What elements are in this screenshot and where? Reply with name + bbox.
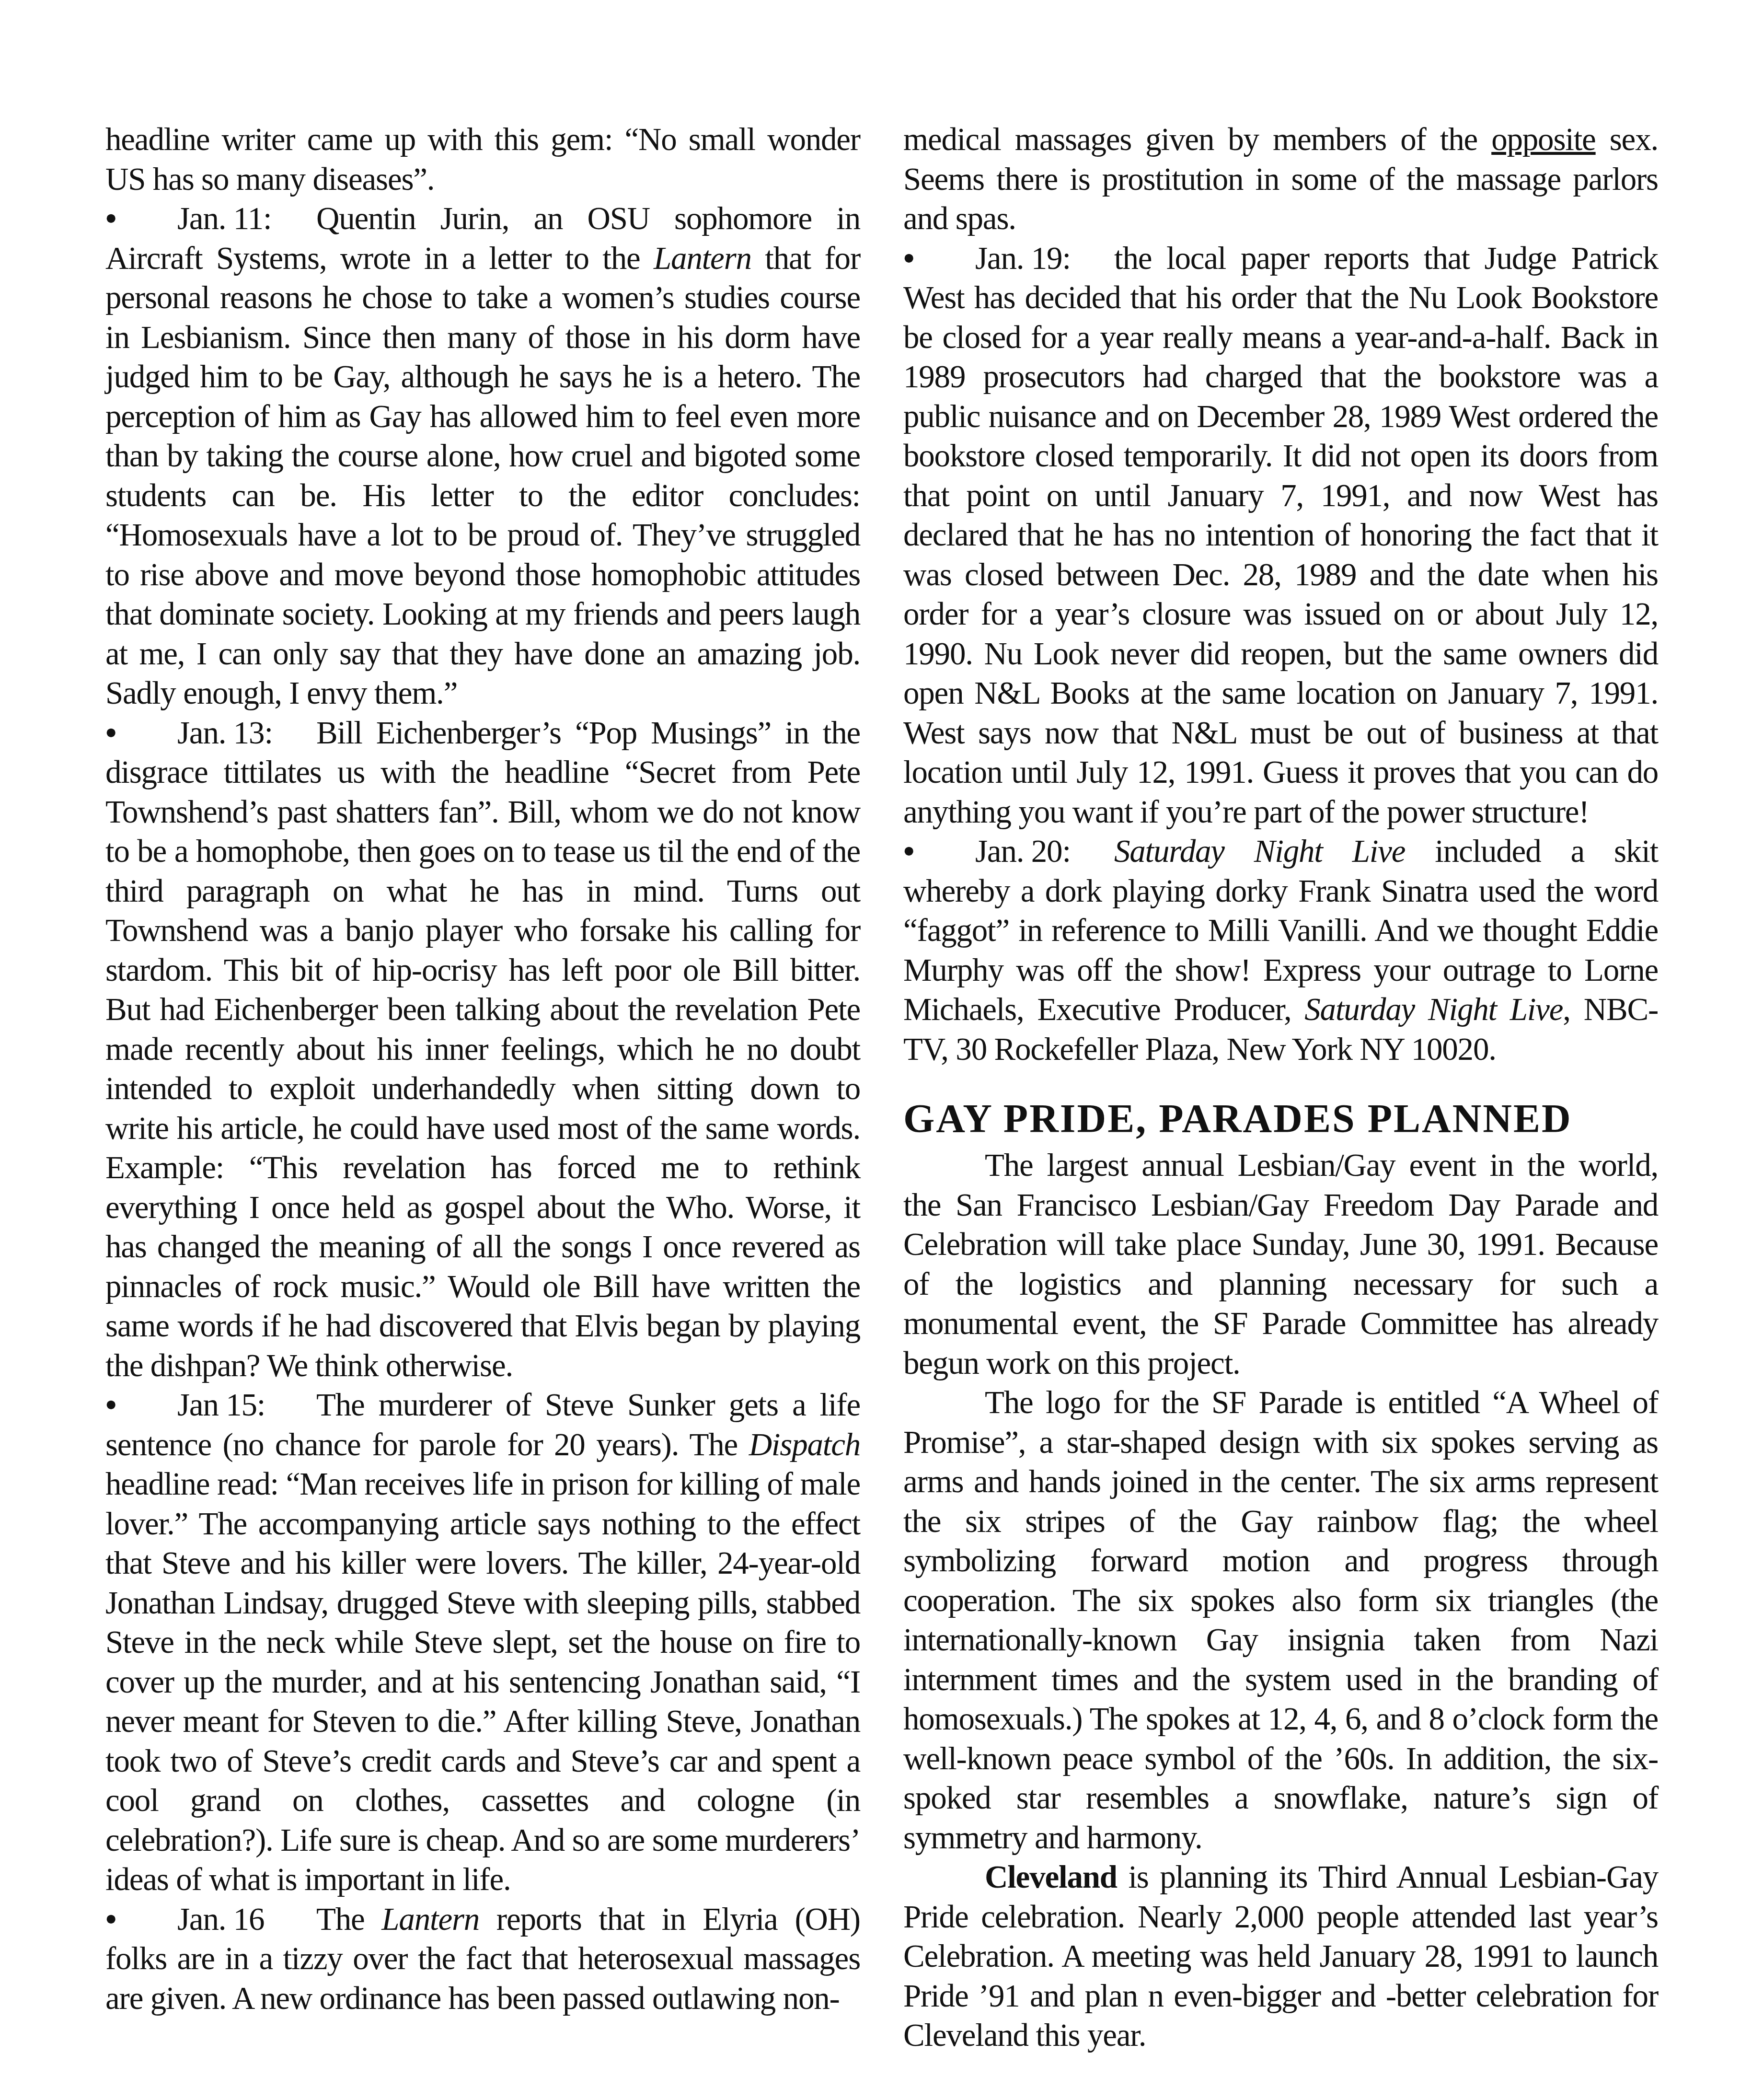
left-column: headline writer came up with this gem: “… — [105, 120, 860, 2013]
entry-jan-20: •Jan. 20:Saturday Night Live included a … — [903, 832, 1658, 1069]
entry-jan-15: •Jan 15:The murderer of Steve Sunker get… — [105, 1385, 860, 1900]
bullet-icon: • — [105, 713, 177, 753]
publication-name: Dispatch — [749, 1427, 860, 1462]
entry-text: that for personal reasons he chose to ta… — [105, 241, 860, 711]
bullet-icon: • — [105, 199, 177, 239]
text: medical massages given by members of the — [903, 122, 1491, 157]
entry-text: The — [316, 1902, 381, 1937]
city-name: Cleveland — [985, 1859, 1117, 1895]
bullet-icon: • — [903, 239, 975, 278]
bullet-icon: • — [903, 832, 975, 871]
bullet-icon: • — [105, 1900, 177, 1939]
entry-jan-13: •Jan. 13:Bill Eichenberger’s “Pop Musing… — [105, 713, 860, 1386]
entry-date: Jan. 16 — [177, 1900, 316, 1939]
publication-name: Lantern — [381, 1902, 479, 1937]
entry-text: headline read: “Man receives life in pri… — [105, 1466, 860, 1897]
entry-date: Jan. 19: — [975, 239, 1114, 278]
continued-paragraph: headline writer came up with this gem: “… — [105, 120, 860, 199]
section-headline: GAY PRIDE, PARADES PLANNED — [903, 1095, 1658, 1143]
entry-jan-11: •Jan. 11:Quentin Jurin, an OSU sophomore… — [105, 199, 860, 713]
entry-date: Jan. 20: — [975, 832, 1114, 871]
continued-paragraph: medical massages given by members of the… — [903, 120, 1658, 239]
publication-name: Lantern — [654, 241, 751, 276]
show-name: Saturday Night Live — [1304, 992, 1563, 1027]
newsletter-page: headline writer came up with this gem: “… — [105, 120, 1658, 2013]
entry-date: Jan. 11: — [177, 199, 316, 239]
entry-date: Jan 15: — [177, 1385, 316, 1425]
entry-jan-19: •Jan. 19:the local paper reports that Ju… — [903, 239, 1658, 832]
entry-text: Bill Eichenberger’s “Pop Musings” in the… — [105, 715, 860, 1383]
entry-jan-16: •Jan. 16The Lantern reports that in Elyr… — [105, 1900, 860, 2019]
right-column: medical massages given by members of the… — [903, 120, 1658, 2013]
entry-text: the local paper reports that Judge Patri… — [903, 241, 1658, 830]
wheel-of-promise-paragraph: The logo for the SF Parade is entitled “… — [903, 1383, 1658, 1857]
underlined-word: opposite — [1491, 122, 1595, 157]
sf-parade-paragraph: The largest annual Lesbian/Gay event in … — [903, 1146, 1658, 1383]
show-name: Saturday Night Live — [1114, 834, 1405, 869]
entry-date: Jan. 13: — [177, 713, 316, 753]
bullet-icon: • — [105, 1385, 177, 1425]
cleveland-paragraph: Cleveland is planning its Third Annual L… — [903, 1857, 1658, 2055]
